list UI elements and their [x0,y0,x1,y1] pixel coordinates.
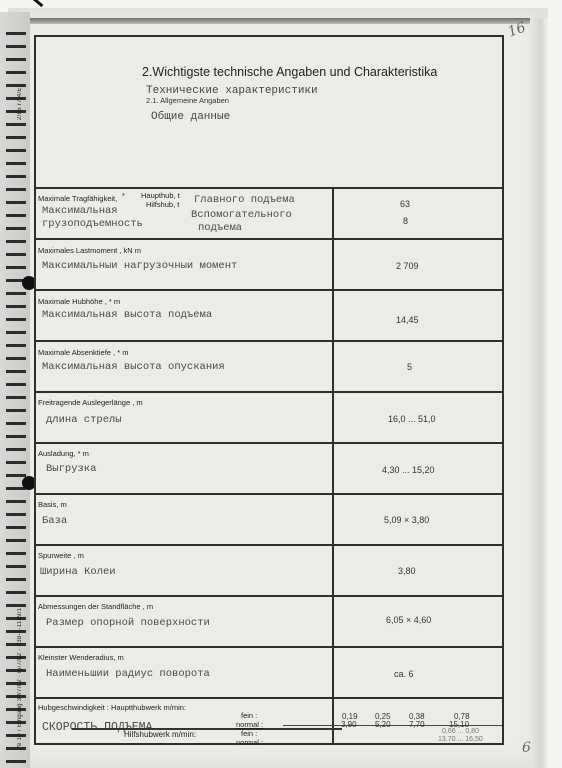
binding-tick [6,253,26,256]
binding-tick [6,617,26,620]
row-value: 6,05 × 4,60 [386,615,431,625]
binding-stamp-bottom: Ve 10 / Eingang 30/7/82 · m/7/82 · 238-2… [17,570,23,750]
page-top-shadow [22,18,542,24]
binding-tick [6,383,26,386]
row-label-de: Abmessungen der Standfläche , m [38,602,153,611]
binding-tick [6,565,26,568]
binding-tick [6,500,26,503]
table-row-hoist-height: Maximale Hubhöhe , * m Максимальная высо… [36,289,502,340]
binding-tick [6,97,26,100]
row-label-de: Kleinster Wenderadius, m [38,653,124,662]
binding-tick [6,630,26,633]
binding-tick [6,578,26,581]
subsection-title-ru: Общие данные [151,111,230,123]
binding-tick [6,227,26,230]
binding-tick [6,526,26,529]
aux-normal: 13,70 ... 16,50 [438,736,483,743]
row-label-ru: Выгрузка [46,463,96,475]
speed-divider [283,725,502,726]
row-value: 14,45 [396,315,419,325]
main-normal-3: 7,70 [409,720,425,729]
table-row-lowering-depth: Maximale Absenktiefe , * m Максимальная … [36,340,502,391]
strike-line [72,728,342,730]
binding-tick [6,669,26,672]
binding-tick [6,461,26,464]
row-value: 5,09 × 3,80 [384,515,429,525]
row-label-de-aux: Hilfshubwerk m/min: [124,730,196,739]
binding-tick [6,435,26,438]
section-title-de: 2.Wichtigste technische Angaben und Char… [142,65,437,79]
binding-tick [6,409,26,412]
row-label-de: Maximale Tragfähigkeit, [38,194,117,203]
binding-tick [6,123,26,126]
binding-tick [6,58,26,61]
row-label-de: Ausladung, * m [38,449,89,458]
binding-tick [6,162,26,165]
binding-tick [6,474,26,477]
binding-tick [6,656,26,659]
row-label-ru: Максимальная высота опускания [42,361,225,373]
mode-fein-aux: fein : [241,729,257,738]
table-row-base: Basis, m База 5,09 × 3,80 [36,493,502,544]
mode-fein-main: fein : [241,711,257,720]
row-label-ru: Максимальныи нагрузочныи момент [42,260,237,272]
binding-tick [6,643,26,646]
binding-tick [6,552,26,555]
binding-tick [6,266,26,269]
table-row-boom-length: Freitragende Auslegerlänge , m длина стр… [36,391,502,442]
corner-mark [31,0,44,7]
main-normal-1: 3,90 [341,720,357,729]
row-label-hilfshub: Hilfshub, t [146,200,179,209]
table-row-track-width: Spurweite , m Ширина Колеи 3,80 [36,544,502,595]
binding-tick [6,422,26,425]
binding-tick [6,747,26,750]
binding-tick [6,175,26,178]
binding-tick [6,396,26,399]
row-value: ca. 6 [394,669,414,679]
row-label-de: Maximales Lastmoment , kN m [38,246,141,255]
handwritten-page-number-bottom: 6 [522,740,531,756]
binding-tick [6,136,26,139]
binding-tick [6,188,26,191]
binding-tick [6,513,26,516]
binding-tick [6,604,26,607]
table-row-outreach: Ausladung, * m Выгрузка 4,30 ... 15,20 [36,442,502,493]
value-main-hoist: 63 [400,199,410,209]
value-aux-hoist: 8 [403,216,408,226]
row-label-ru-aux: Вспомогательного [191,209,292,221]
table-row-max-load: Maximale Tragfähigkeit, * Haupthub, t Hi… [36,187,502,238]
row-value: 16,0 ... 51,0 [388,414,436,424]
row-label-ru: База [42,515,67,527]
row-label-ru-2: грузоподъемность [42,218,143,230]
binding-tick [6,292,26,295]
row-value: 4,30 ... 15,20 [382,465,435,475]
binding-tick [6,305,26,308]
binding-tick [6,760,26,763]
binding-tick [6,734,26,737]
row-label-ru-main: Главного подъема [194,194,295,206]
row-label-de: Basis, m [38,500,67,509]
binding-tick [6,110,26,113]
binding-stamp-top: 2/85 r7/4/E [17,40,23,120]
page-right-edge [530,18,548,768]
binding-tick [6,45,26,48]
binding-tick [6,682,26,685]
binding-tick [6,318,26,321]
binding-tick [6,591,26,594]
binding-tick [6,721,26,724]
binding-strip [0,12,30,768]
table-row-turning-radius: Kleinster Wenderadius, m Наименьшии ради… [36,646,502,697]
binding-tick [6,539,26,542]
binding-tick [6,357,26,360]
row-value: 5 [407,362,412,372]
row-label-ru: Ширина Колеи [40,566,116,578]
binding-tick [6,331,26,334]
row-label-de: Hubgeschwindigkeit : Hauptthubwerk m/min… [38,703,186,712]
binding-tick [6,344,26,347]
row-label-ru: Размер опорной поверхности [46,617,210,629]
binding-tick [6,32,26,35]
binding-tick [6,240,26,243]
binding-tick [6,448,26,451]
binding-tick [6,201,26,204]
binding-tick [6,708,26,711]
spec-table-frame: 2.Wichtigste technische Angaben und Char… [34,35,504,745]
row-label-de: Maximale Absenktiefe , * m [38,348,128,357]
aux-fein: 0,66 ... 0,80 [442,728,479,735]
row-label-superscript: * [122,191,125,200]
row-label-ru: Наименьшии радиус поворота [46,668,210,680]
binding-tick [6,695,26,698]
binding-tick [6,84,26,87]
mode-normal-aux: normal : [236,738,263,747]
row-label-de: Maximale Hubhöhe , * m [38,297,120,306]
row-label-ru: Максимальная [42,205,118,217]
row-value: 2 709 [396,261,419,271]
binding-tick [6,370,26,373]
row-label-haupthub: Haupthub, t [141,191,180,200]
row-label-ru: Максимальная высота подъема [42,309,212,321]
subsection-title-de: 2.1. Allgemeine Angaben [146,96,229,105]
table-row-footprint: Abmessungen der Standfläche , m Размер о… [36,595,502,646]
binding-tick [6,214,26,217]
section-header: 2.Wichtigste technische Angaben und Char… [36,37,502,187]
main-normal-2: 5,20 [375,720,391,729]
table-row-load-moment: Maximales Lastmoment , kN m Максимальныи… [36,238,502,289]
binding-tick [6,71,26,74]
row-label-ru: длина стрелы [46,414,122,426]
binding-tick [6,149,26,152]
row-value: 3,80 [398,566,416,576]
row-label-de: Spurweite , m [38,551,84,560]
row-label-de: Freitragende Auslegerlänge , m [38,398,143,407]
column-divider [332,699,334,745]
mode-normal-main: normal : [236,720,263,729]
row-label-ru-aux-2: подъема [198,222,242,234]
table-row-hoist-speed: Hubgeschwindigkeit : Hauptthubwerk m/min… [36,697,502,745]
